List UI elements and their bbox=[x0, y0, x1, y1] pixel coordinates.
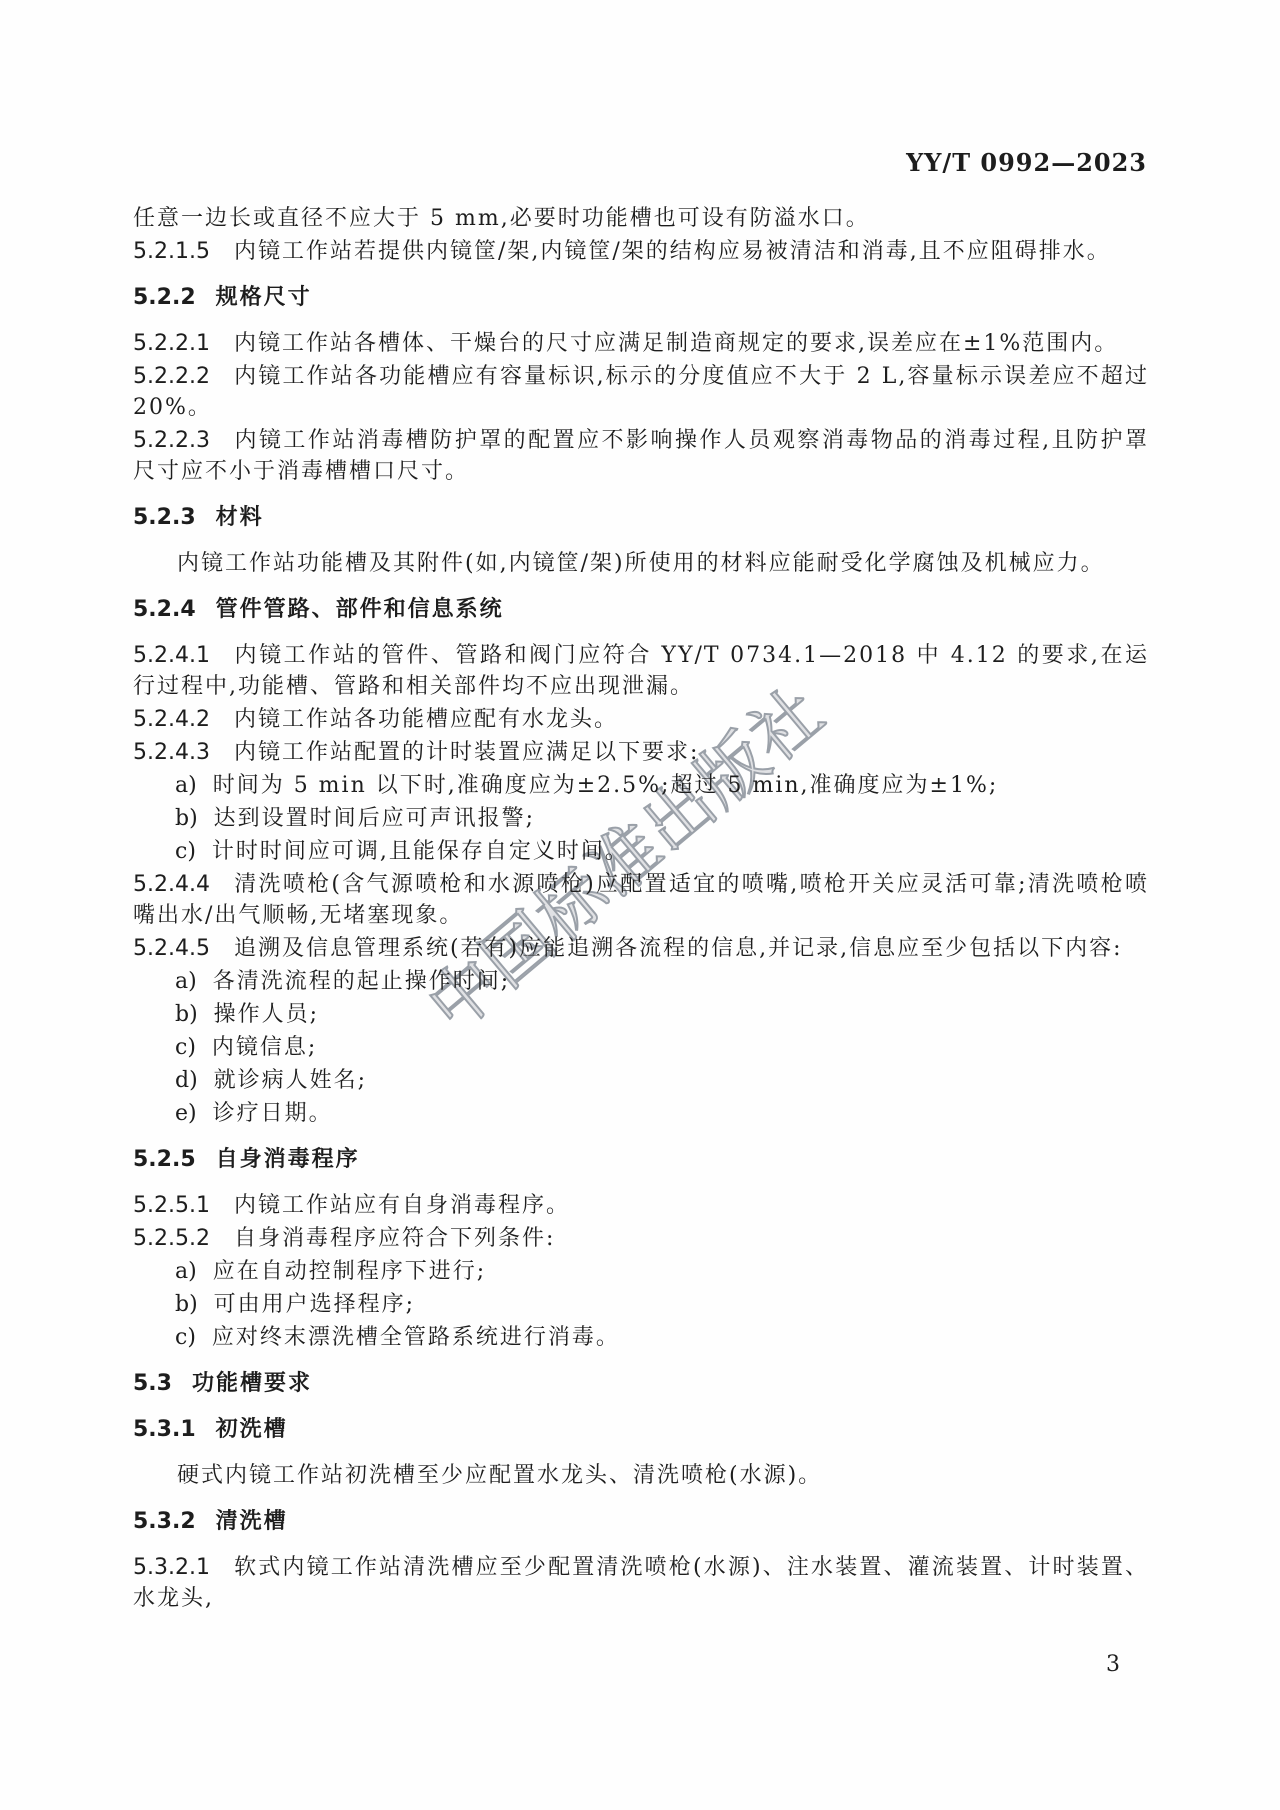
list-item: e)诊疗日期。 bbox=[133, 1098, 1149, 1129]
clause-number: 5.3.2.1 bbox=[133, 1555, 210, 1580]
paragraph-text: 内镜工作站的管件、管路和阀门应符合 YY/T 0734.1—2018 中 4.1… bbox=[133, 643, 1149, 699]
list-item-label: e) bbox=[175, 1101, 197, 1126]
paragraph-text: 内镜工作站应有自身消毒程序。 bbox=[234, 1193, 570, 1218]
paragraph-text: 内镜工作站各槽体、干燥台的尺寸应满足制造商规定的要求,误差应在±1%范围内。 bbox=[234, 331, 1118, 356]
paragraph: 任意一边长或直径不应大于 5 mm,必要时功能槽也可设有防溢水口。 bbox=[133, 203, 1149, 234]
clause-number: 5.2.1.5 bbox=[133, 239, 210, 264]
paragraph: 5.2.5.1内镜工作站应有自身消毒程序。 bbox=[133, 1190, 1149, 1221]
list-item: b)达到设置时间后应可声讯报警; bbox=[133, 803, 1149, 834]
paragraph-text: 自身消毒程序应符合下列条件: bbox=[234, 1226, 555, 1251]
section-heading: 5.3.2清洗槽 bbox=[133, 1506, 1149, 1537]
paragraph-text: 达到设置时间后应可声讯报警; bbox=[214, 806, 535, 831]
section-heading: 5.2.5自身消毒程序 bbox=[133, 1144, 1149, 1175]
clause-number: 5.2.4.3 bbox=[133, 740, 210, 765]
clause-number: 5.2.4.2 bbox=[133, 707, 210, 732]
paragraph: 5.3.2.1软式内镜工作站清洗槽应至少配置清洗喷枪(水源)、注水装置、灌流装置… bbox=[133, 1552, 1149, 1614]
document-content: 任意一边长或直径不应大于 5 mm,必要时功能槽也可设有防溢水口。5.2.1.5… bbox=[133, 203, 1149, 1616]
paragraph: 5.2.4.5追溯及信息管理系统(若有)应能追溯各流程的信息,并记录,信息应至少… bbox=[133, 933, 1149, 964]
paragraph-text: 软式内镜工作站清洗槽应至少配置清洗喷枪(水源)、注水装置、灌流装置、计时装置、水… bbox=[133, 1555, 1149, 1611]
list-item-label: a) bbox=[175, 773, 197, 798]
list-item: b)操作人员; bbox=[133, 999, 1149, 1030]
clause-number: 5.2.5.1 bbox=[133, 1193, 210, 1218]
list-item: c)计时时间应可调,且能保存自定义时间。 bbox=[133, 836, 1149, 867]
section-heading: 5.3功能槽要求 bbox=[133, 1368, 1149, 1399]
paragraph-text: 内镜工作站配置的计时装置应满足以下要求: bbox=[234, 740, 699, 765]
list-item-label: b) bbox=[175, 1002, 198, 1027]
paragraph-text: 硬式内镜工作站初洗槽至少应配置水龙头、清洗喷枪(水源)。 bbox=[177, 1463, 822, 1488]
list-item: a)时间为 5 min 以下时,准确度应为±2.5%;超过 5 min,准确度应… bbox=[133, 770, 1149, 801]
heading-text: 清洗槽 bbox=[216, 1509, 288, 1534]
section-heading: 5.2.4管件管路、部件和信息系统 bbox=[133, 594, 1149, 625]
clause-number: 5.2.5 bbox=[133, 1147, 196, 1172]
paragraph-text: 内镜工作站功能槽及其附件(如,内镜筐/架)所使用的材料应能耐受化学腐蚀及机械应力… bbox=[177, 551, 1105, 576]
clause-number: 5.2.4.4 bbox=[133, 872, 210, 897]
clause-number: 5.2.5.2 bbox=[133, 1226, 210, 1251]
list-item-label: b) bbox=[175, 1292, 198, 1317]
paragraph-text: 应对终末漂洗槽全管路系统进行消毒。 bbox=[212, 1325, 620, 1350]
paragraph-text: 可由用户选择程序; bbox=[214, 1292, 415, 1317]
paragraph-text: 诊疗日期。 bbox=[213, 1101, 333, 1126]
list-item-label: a) bbox=[175, 969, 197, 994]
paragraph: 5.2.2.1内镜工作站各槽体、干燥台的尺寸应满足制造商规定的要求,误差应在±1… bbox=[133, 328, 1149, 359]
paragraph-text: 内镜工作站消毒槽防护罩的配置应不影响操作人员观察消毒物品的消毒过程,且防护罩尺寸… bbox=[133, 428, 1149, 484]
heading-text: 管件管路、部件和信息系统 bbox=[216, 597, 504, 622]
list-item: b)可由用户选择程序; bbox=[133, 1289, 1149, 1320]
list-item: d)就诊病人姓名; bbox=[133, 1065, 1149, 1096]
clause-number: 5.3.2 bbox=[133, 1509, 196, 1534]
section-heading: 5.2.2规格尺寸 bbox=[133, 282, 1149, 313]
paragraph: 5.2.4.1内镜工作站的管件、管路和阀门应符合 YY/T 0734.1—201… bbox=[133, 640, 1149, 702]
list-item: c)应对终末漂洗槽全管路系统进行消毒。 bbox=[133, 1322, 1149, 1353]
page-number: 3 bbox=[1106, 1652, 1120, 1677]
paragraph-text: 操作人员; bbox=[214, 1002, 319, 1027]
paragraph: 5.2.2.3内镜工作站消毒槽防护罩的配置应不影响操作人员观察消毒物品的消毒过程… bbox=[133, 425, 1149, 487]
paragraph-text: 内镜工作站各功能槽应配有水龙头。 bbox=[234, 707, 618, 732]
clause-number: 5.2.2 bbox=[133, 285, 196, 310]
paragraph: 内镜工作站功能槽及其附件(如,内镜筐/架)所使用的材料应能耐受化学腐蚀及机械应力… bbox=[133, 548, 1149, 579]
paragraph: 5.2.1.5内镜工作站若提供内镜筐/架,内镜筐/架的结构应易被清洁和消毒,且不… bbox=[133, 236, 1149, 267]
standard-code-header: YY/T 0992—2023 bbox=[906, 148, 1147, 177]
paragraph-text: 追溯及信息管理系统(若有)应能追溯各流程的信息,并记录,信息应至少包括以下内容: bbox=[234, 936, 1123, 961]
clause-number: 5.3.1 bbox=[133, 1417, 196, 1442]
list-item-label: c) bbox=[175, 839, 196, 864]
list-item: a)应在自动控制程序下进行; bbox=[133, 1256, 1149, 1287]
section-heading: 5.2.3材料 bbox=[133, 502, 1149, 533]
heading-text: 功能槽要求 bbox=[192, 1371, 312, 1396]
paragraph-text: 就诊病人姓名; bbox=[214, 1068, 367, 1093]
list-item: c)内镜信息; bbox=[133, 1032, 1149, 1063]
paragraph: 5.2.4.4清洗喷枪(含气源喷枪和水源喷枪)应配置适宜的喷嘴,喷枪开关应灵活可… bbox=[133, 869, 1149, 931]
paragraph: 硬式内镜工作站初洗槽至少应配置水龙头、清洗喷枪(水源)。 bbox=[133, 1460, 1149, 1491]
paragraph-text: 时间为 5 min 以下时,准确度应为±2.5%;超过 5 min,准确度应为±… bbox=[213, 773, 999, 798]
paragraph: 5.2.5.2自身消毒程序应符合下列条件: bbox=[133, 1223, 1149, 1254]
heading-text: 自身消毒程序 bbox=[216, 1147, 360, 1172]
clause-number: 5.2.4.1 bbox=[133, 643, 210, 668]
paragraph: 5.2.2.2内镜工作站各功能槽应有容量标识,标示的分度值应不大于 2 L,容量… bbox=[133, 361, 1149, 423]
clause-number: 5.3 bbox=[133, 1371, 172, 1396]
list-item-label: b) bbox=[175, 806, 198, 831]
paragraph-text: 计时时间应可调,且能保存自定义时间。 bbox=[212, 839, 629, 864]
clause-number: 5.2.4 bbox=[133, 597, 196, 622]
list-item-label: c) bbox=[175, 1035, 196, 1060]
heading-text: 规格尺寸 bbox=[216, 285, 312, 310]
list-item: a)各清洗流程的起止操作时间; bbox=[133, 966, 1149, 997]
clause-number: 5.2.2.1 bbox=[133, 331, 210, 356]
clause-number: 5.2.3 bbox=[133, 505, 196, 530]
list-item-label: a) bbox=[175, 1259, 197, 1284]
list-item-label: d) bbox=[175, 1068, 198, 1093]
heading-text: 初洗槽 bbox=[216, 1417, 288, 1442]
paragraph-text: 内镜信息; bbox=[212, 1035, 317, 1060]
paragraph: 5.2.4.3内镜工作站配置的计时装置应满足以下要求: bbox=[133, 737, 1149, 768]
paragraph-text: 任意一边长或直径不应大于 5 mm,必要时功能槽也可设有防溢水口。 bbox=[133, 206, 870, 231]
paragraph-text: 内镜工作站各功能槽应有容量标识,标示的分度值应不大于 2 L,容量标示误差应不超… bbox=[133, 364, 1149, 420]
list-item-label: c) bbox=[175, 1325, 196, 1350]
clause-number: 5.2.2.2 bbox=[133, 364, 210, 389]
paragraph: 5.2.4.2内镜工作站各功能槽应配有水龙头。 bbox=[133, 704, 1149, 735]
standard-document-page: YY/T 0992—2023 中国标准出版社 任意一边长或直径不应大于 5 mm… bbox=[0, 0, 1280, 1810]
heading-text: 材料 bbox=[216, 505, 264, 530]
paragraph-text: 内镜工作站若提供内镜筐/架,内镜筐/架的结构应易被清洁和消毒,且不应阻碍排水。 bbox=[234, 239, 1111, 264]
clause-number: 5.2.4.5 bbox=[133, 936, 210, 961]
section-heading: 5.3.1初洗槽 bbox=[133, 1414, 1149, 1445]
paragraph-text: 清洗喷枪(含气源喷枪和水源喷枪)应配置适宜的喷嘴,喷枪开关应灵活可靠;清洗喷枪喷… bbox=[133, 872, 1149, 928]
paragraph-text: 应在自动控制程序下进行; bbox=[213, 1259, 486, 1284]
clause-number: 5.2.2.3 bbox=[133, 428, 210, 453]
paragraph-text: 各清洗流程的起止操作时间; bbox=[213, 969, 510, 994]
